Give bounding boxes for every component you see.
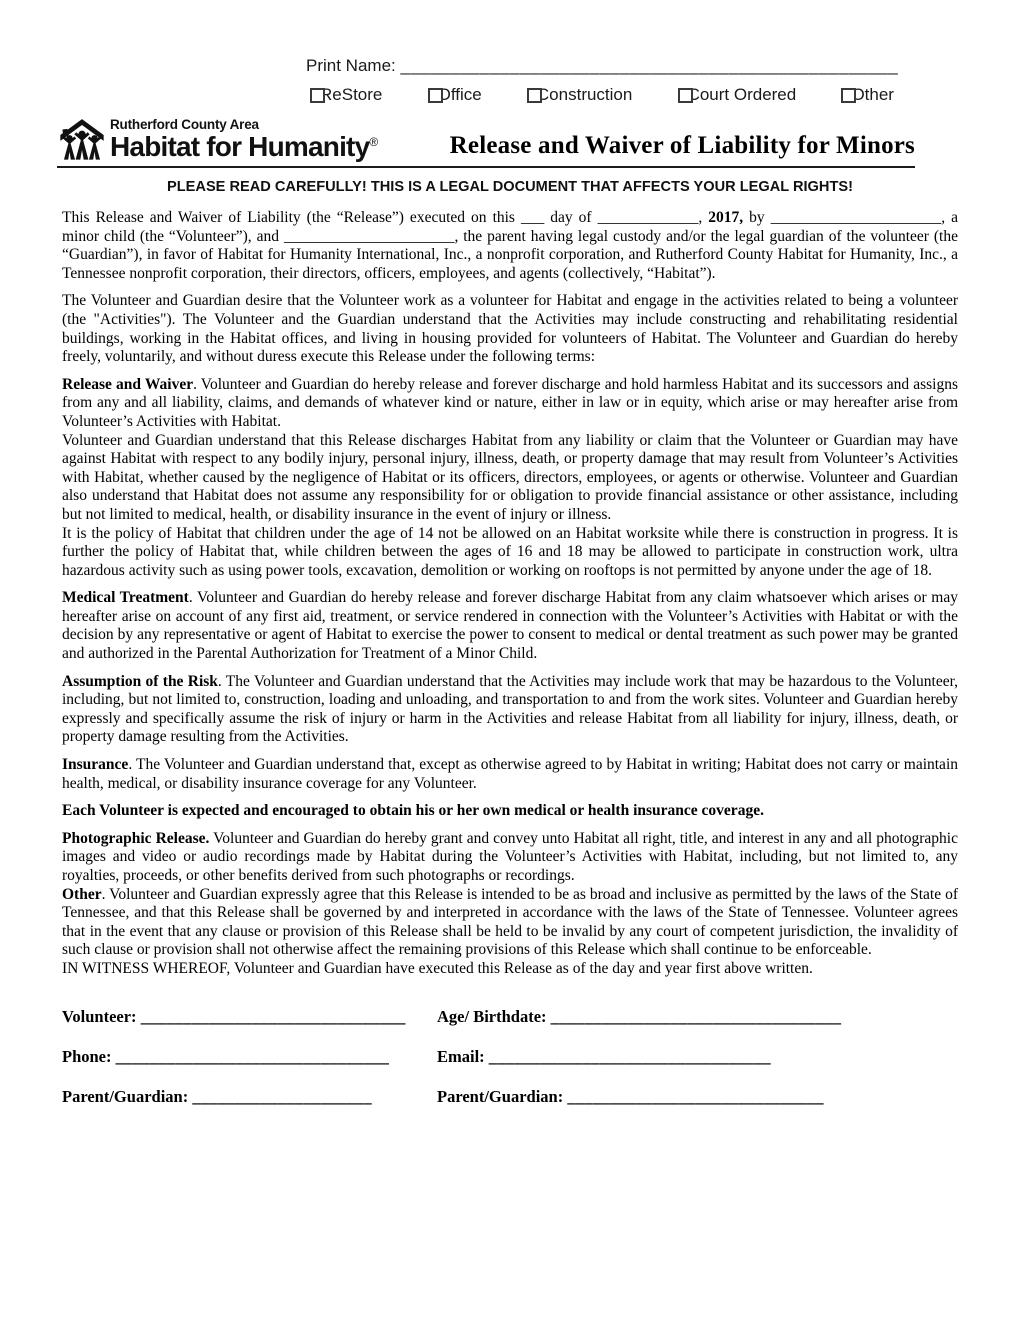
checkbox-item: Court Ordered — [678, 85, 797, 105]
print-name-row: Print Name: ____________________________… — [306, 56, 1020, 76]
legal-paragraph: It is the policy of Habitat that childre… — [62, 525, 958, 581]
legal-paragraph: Medical Treatment. Volunteer and Guardia… — [62, 589, 958, 663]
legal-paragraph: Release and Waiver. Volunteer and Guardi… — [62, 376, 958, 432]
legal-paragraph: The Volunteer and Guardian desire that t… — [62, 292, 958, 366]
checkbox-other[interactable] — [841, 88, 856, 103]
checkbox-label: Other — [851, 85, 894, 105]
field-blank-line[interactable]: ______________________________ — [567, 1087, 824, 1106]
field-blank-line[interactable]: _______________________________ — [141, 1007, 406, 1026]
signature-field-parent-guardian: Parent/Guardian: _______________________… — [437, 1087, 958, 1107]
checkbox-item: Construction — [527, 85, 632, 105]
signature-section: Volunteer: _____________________________… — [62, 1007, 958, 1107]
checkbox-office[interactable] — [428, 88, 443, 103]
signature-row: Parent/Guardian: _____________________Pa… — [62, 1087, 958, 1107]
checkbox-item: Office — [428, 85, 482, 105]
logo-org-name: Habitat for Humanity® — [110, 133, 377, 161]
field-label: Email: — [437, 1047, 489, 1066]
checkbox-construction[interactable] — [527, 88, 542, 103]
field-label: Parent/Guardian: — [437, 1087, 567, 1106]
field-label: Parent/Guardian: — [62, 1087, 192, 1106]
checkbox-court-ordered[interactable] — [678, 88, 693, 103]
checkbox-label: Office — [438, 85, 482, 105]
legal-paragraph: Each Volunteer is expected and encourage… — [62, 802, 958, 821]
checkbox-label: Court Ordered — [688, 85, 797, 105]
checkbox-row: ReStoreOfficeConstructionCourt OrderedOt… — [310, 85, 894, 105]
field-label: Volunteer: — [62, 1007, 141, 1026]
signature-field-email: Email: _________________________________ — [437, 1047, 958, 1067]
document-title: Release and Waiver of Liability for Mino… — [377, 132, 915, 163]
signature-field-phone: Phone: ________________________________ — [62, 1047, 437, 1067]
signature-row: Volunteer: _____________________________… — [62, 1007, 958, 1027]
field-blank-line[interactable]: __________________________________ — [551, 1007, 842, 1026]
legal-paragraph: Other. Volunteer and Guardian expressly … — [62, 886, 958, 960]
legal-paragraphs: This Release and Waiver of Liability (th… — [62, 209, 958, 979]
checkbox-restore[interactable] — [310, 88, 325, 103]
registered-mark: ® — [369, 135, 377, 149]
field-blank-line[interactable]: _________________________________ — [489, 1047, 771, 1066]
signature-row: Phone: ________________________________E… — [62, 1047, 958, 1067]
signature-field-age-birthdate: Age/ Birthdate: ________________________… — [437, 1007, 958, 1027]
print-name-label: Print Name: — [306, 56, 396, 75]
habitat-logo: Rutherford County Area Habitat for Human… — [57, 117, 377, 163]
legal-paragraph: Photographic Release. Volunteer and Guar… — [62, 830, 958, 886]
field-blank-line[interactable]: ________________________________ — [116, 1047, 390, 1066]
logo-area-name: Rutherford County Area — [110, 118, 377, 132]
release-waiver-document: Print Name: ____________________________… — [0, 0, 1020, 1320]
legal-paragraph: This Release and Waiver of Liability (th… — [62, 209, 958, 283]
habitat-house-icon — [57, 117, 107, 163]
print-name-blank-line[interactable]: ________________________________________… — [400, 56, 898, 75]
masthead: Rutherford County Area Habitat for Human… — [57, 117, 915, 163]
checkbox-label: ReStore — [320, 85, 382, 105]
signature-field-parent-guardian: Parent/Guardian: _____________________ — [62, 1087, 437, 1107]
field-label: Age/ Birthdate: — [437, 1007, 551, 1026]
field-blank-line[interactable]: _____________________ — [192, 1087, 372, 1106]
legal-paragraph: IN WITNESS WHEREOF, Volunteer and Guardi… — [62, 960, 958, 979]
field-label: Phone: — [62, 1047, 116, 1066]
header-divider — [57, 166, 915, 168]
legal-warning-text: PLEASE READ CAREFULLY! THIS IS A LEGAL D… — [0, 179, 1020, 195]
legal-paragraph: Volunteer and Guardian understand that t… — [62, 432, 958, 525]
checkbox-label: Construction — [537, 85, 632, 105]
legal-paragraph: Insurance. The Volunteer and Guardian un… — [62, 756, 958, 793]
signature-field-volunteer: Volunteer: _____________________________… — [62, 1007, 437, 1027]
checkbox-item: ReStore — [310, 85, 382, 105]
legal-paragraph: Assumption of the Risk. The Volunteer an… — [62, 673, 958, 747]
checkbox-item: Other — [841, 85, 894, 105]
logo-text: Rutherford County Area Habitat for Human… — [110, 118, 377, 164]
